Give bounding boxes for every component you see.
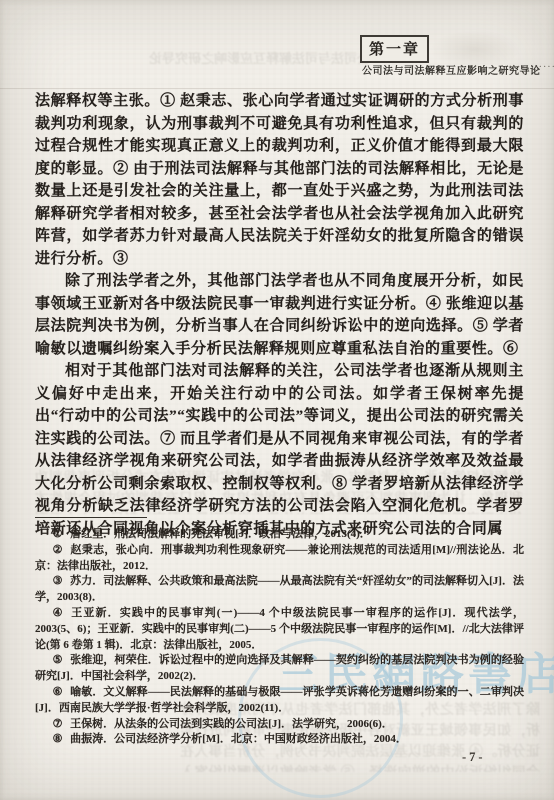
footnote-5-marker: ⑤ <box>53 654 63 666</box>
footnote-2-text: 赵秉志，张心向．刑事裁判功利性现象研究——兼论刑法规范的司法适用[M]//刑法论… <box>35 544 524 572</box>
footnote-2: ②赵秉志，张心向．刑事裁判功利性现象研究——兼论刑法规范的司法适用[M]//刑法… <box>35 543 524 575</box>
footnote-7-text: 王保树．从法条的公司法到实践的公司法[J]．法学研究，2006(6)． <box>70 718 393 730</box>
footnote-1-text: 詹红星．刑法司法解释的宪法审视[J]．政治与法律，2013(4)． <box>70 528 371 540</box>
footnote-6-text: 喻敏．文义解释——民法解释的基础与极限——评张学英诉蒋伦芳遗赠纠纷案的一、二审判… <box>35 686 524 714</box>
body-paragraph-1: 法解释权等主张。① 赵秉志、张心向学者通过实证调研的方式分析刑事裁判功利现象，认… <box>35 90 524 270</box>
footnote-6: ⑥喻敏．文义解释——民法解释的基础与极限——评张学英诉蒋伦芳遗赠纠纷案的一、二审… <box>35 685 524 717</box>
footnote-4-text: 王亚新．实践中的民事审判(一)——4 个中级法院民事一审程序的运作[J]．现代法… <box>35 607 524 651</box>
body-paragraph-2: 除了刑法学者之外，其他部门法学者也从不同角度展开分析，如民事领域王亚新对各中级法… <box>35 270 524 360</box>
header-dotted-leader: ······················· <box>504 62 554 73</box>
body-text-block: 法解释权等主张。① 赵秉志、张心向学者通过实证调研的方式分析刑事裁判功利现象，认… <box>35 90 524 540</box>
footnote-7: ⑦王保树．从法条的公司法到实践的公司法[J]．法学研究，2006(6)． <box>35 717 524 733</box>
footnote-4-marker: ④ <box>53 607 64 619</box>
footnote-7-marker: ⑦ <box>53 718 63 730</box>
footnote-1-marker: ① <box>53 528 63 540</box>
body-paragraph-3: 相对于其他部门法对司法解释的关注，公司法学者也逐渐从规则主义偏好中走出来，开始关… <box>35 360 524 540</box>
bleedthrough-top: 公司法与司法解释互应影响之研究导论 <box>70 48 370 74</box>
footnote-5-text: 张维迎，柯荣住．诉讼过程中的逆向选择及其解释——契约纠纷的基层法院判决书为例的经… <box>35 654 524 682</box>
footnote-5: ⑤张维迎，柯荣住．诉讼过程中的逆向选择及其解释——契约纠纷的基层法院判决书为例的… <box>35 653 524 685</box>
footnote-4: ④王亚新．实践中的民事审判(一)——4 个中级法院民事一审程序的运作[J]．现代… <box>35 606 524 653</box>
footnotes-block: ①詹红星．刑法司法解释的宪法审视[J]．政治与法律，2013(4)． ②赵秉志，… <box>35 527 524 748</box>
footnote-8-text: 曲振涛．公司法经济学分析[M]．北京：中国财政经济出版社，2004． <box>70 733 407 745</box>
chapter-number-badge: 第一章 <box>360 35 429 63</box>
footnote-3-text: 苏力．司法解释、公共政策和最高法院——从最高法院有关“奸淫幼女”的司法解释切入[… <box>35 575 524 603</box>
footnote-2-marker: ② <box>53 544 63 556</box>
page-number: -7- <box>462 750 486 765</box>
footnote-1: ①詹红星．刑法司法解释的宪法审视[J]．政治与法律，2013(4)． <box>35 527 524 543</box>
footnote-separator-rule <box>35 517 147 518</box>
footnote-3-marker: ③ <box>53 575 63 587</box>
scanned-book-page: 公司法与司法解释互应影响之研究导论 法解释权等主张。① 赵秉志、张心向学者通过实… <box>0 0 554 800</box>
header-rule <box>0 88 554 89</box>
footnote-6-marker: ⑥ <box>53 686 63 698</box>
footnote-8-marker: ⑧ <box>53 733 63 745</box>
footnote-8: ⑧曲振涛．公司法经济学分析[M]．北京：中国财政经济出版社，2004． <box>35 732 524 748</box>
footnote-3: ③苏力．司法解释、公共政策和最高法院——从最高法院有关“奸淫幼女”的司法解释切入… <box>35 574 524 606</box>
